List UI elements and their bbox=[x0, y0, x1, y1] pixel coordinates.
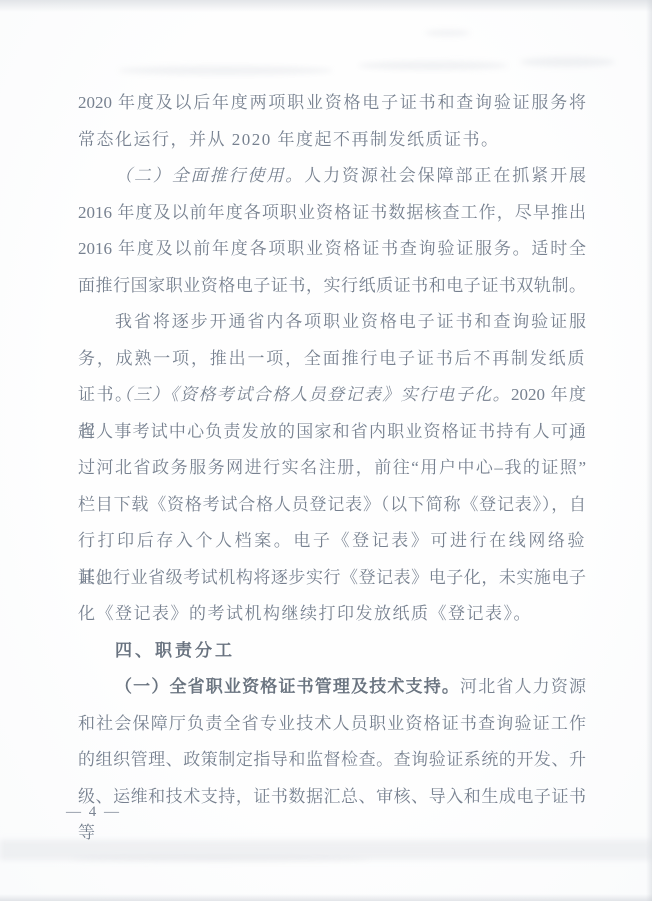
text-line: 化《登记表》的考试机构继续打印发放纸质《登记表》。 bbox=[78, 596, 586, 633]
scan-artifact-right-edge bbox=[646, 0, 652, 901]
lead-in-text: （一）全省职业资格证书管理及技术支持。 bbox=[115, 677, 460, 696]
text-line: 其他行业省级考试机构将逐步实行《登记表》电子化，未实施电子 bbox=[78, 560, 586, 597]
text-line: 行打印后存入个人档案。电子《登记表》可进行在线网络验证。 bbox=[78, 523, 586, 560]
text-line: 级、运维和技术支持，证书数据汇总、审核、导入和生成电子证书等 bbox=[78, 779, 586, 816]
lead-in-text: （三）《资格考试合格人员登记表》实行电子化。 bbox=[115, 385, 511, 404]
scan-smudge bbox=[358, 61, 508, 70]
text-line: 务，成熟一项，推出一项，全面推行电子证书后不再制发纸质证书。 bbox=[78, 341, 586, 378]
document-body: 2020 年度及以后年度两项职业资格电子证书和查询验证服务将 常态化运行，并从 … bbox=[78, 85, 586, 815]
scan-artifact-bottom-edge bbox=[0, 894, 652, 901]
text-line: 我省将逐步开通省内各项职业资格电子证书和查询验证服 bbox=[78, 304, 586, 341]
line-text: 河北省人力资源 bbox=[460, 677, 586, 696]
scan-artifact-band bbox=[0, 840, 652, 860]
text-line: 栏目下载《资格考试合格人员登记表》（以下简称《登记表》），自 bbox=[78, 487, 586, 524]
text-line: 常态化运行，并从 2020 年度起不再制发纸质证书。 bbox=[78, 122, 586, 159]
section-heading: 四、职责分工 bbox=[78, 633, 586, 670]
text-line: 面推行国家职业资格电子证书，实行纸质证书和电子证书双轨制。 bbox=[78, 268, 586, 305]
text-line: 省人事考试中心负责发放的国家和省内职业资格证书持有人可通 bbox=[78, 414, 586, 451]
page-number: — 4 — bbox=[66, 804, 121, 821]
text-line: 过河北省政务服务网进行实名注册，前往“用户中心–我的证照” bbox=[78, 450, 586, 487]
text-line: 2016 年度及以前年度各项职业资格证书查询验证服务。适时全 bbox=[78, 231, 586, 268]
text-line: 和社会保障厅负责全省专业技术人员职业资格证书查询验证工作 bbox=[78, 706, 586, 743]
scan-smudge bbox=[118, 66, 333, 75]
document-page: 2020 年度及以后年度两项职业资格电子证书和查询验证服务将 常态化运行，并从 … bbox=[0, 0, 652, 901]
scan-smudge bbox=[425, 30, 470, 36]
text-line: 2016 年度及以前年度各项职业资格证书数据核查工作，尽早推出 bbox=[78, 195, 586, 232]
text-line: （三）《资格考试合格人员登记表》实行电子化。2020 年度起， bbox=[78, 377, 586, 414]
scan-smudge bbox=[520, 57, 615, 67]
text-line: （二）全面推行使用。人力资源社会保障部正在抓紧开展 bbox=[78, 158, 586, 195]
text-line: （一）全省职业资格证书管理及技术支持。河北省人力资源 bbox=[78, 669, 586, 706]
text-line: 的组织管理、政策制定指导和监督检查。查询验证系统的开发、升 bbox=[78, 742, 586, 779]
lead-in-text: （二）全面推行使用。 bbox=[115, 166, 304, 185]
line-text: 人力资源社会保障部正在抓紧开展 bbox=[304, 166, 586, 185]
text-line: 2020 年度及以后年度两项职业资格电子证书和查询验证服务将 bbox=[78, 85, 586, 122]
scan-artifact-top-edge bbox=[0, 0, 652, 12]
